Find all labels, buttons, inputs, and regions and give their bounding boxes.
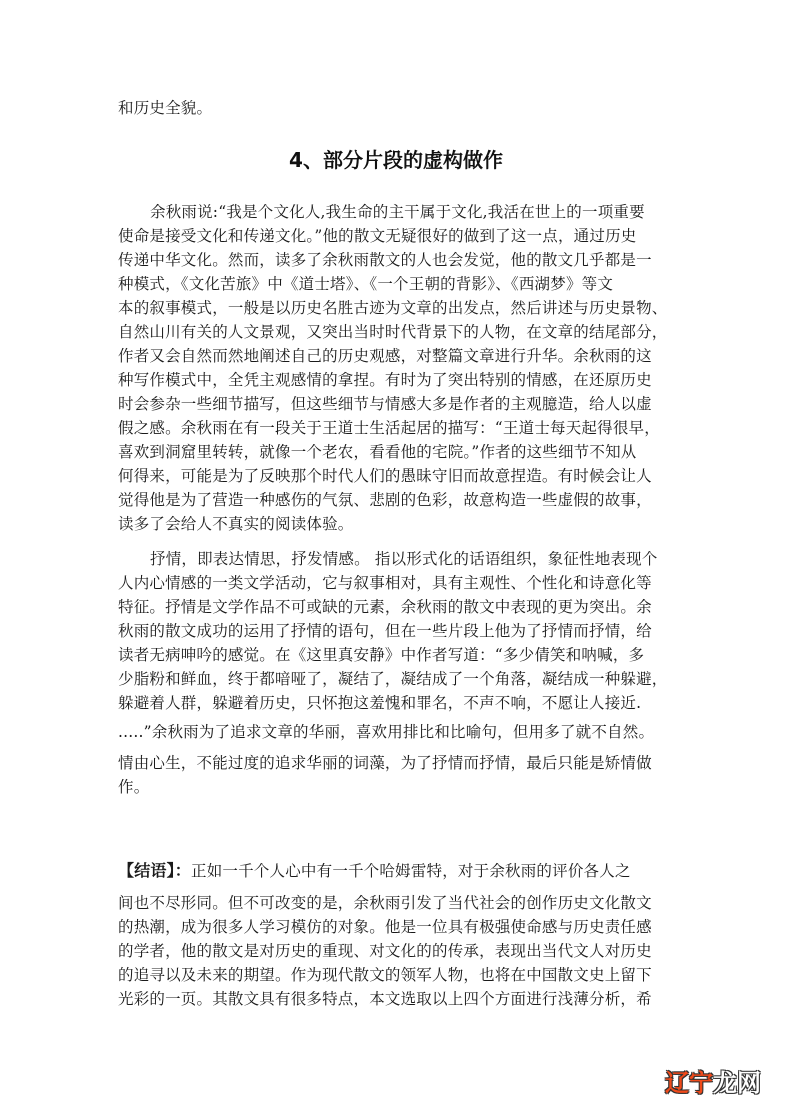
paragraph-line: 的学者，他的散文是对历史的重现、对文化的的传承，表现出当代文人对历史 <box>118 941 652 961</box>
carryover-line: 和历史全貌。 <box>118 98 212 118</box>
paragraph-line: 使命是接受文化和传递文化。”他的散文无疑很好的做到了这一点，通过历史 <box>118 226 636 246</box>
paragraph-line: 的追寻以及未来的期望。作为现代散文的领军人物，也将在中国散文史上留下 <box>118 965 652 985</box>
paragraph-line: 情由心生，不能过度的追求华丽的词藻，为了抒情而抒情，最后只能是矫情做 <box>118 753 652 773</box>
paragraph-line: 何得来，可能是为了反映那个时代人们的愚昧守旧而故意捏造。有时候会让人 <box>118 466 652 486</box>
paragraph-line: 的热潮，成为很多人学习模仿的对象。他是一位具有极强使命感与历史责任感 <box>118 917 652 937</box>
watermark-red-text: 辽宁 <box>665 1069 713 1097</box>
watermark-white-text: 龙网 <box>713 1069 761 1097</box>
paragraph-line: 自然山川有关的人文景观，又突出当时时代背景下的人物，在文章的结尾部分， <box>118 322 668 342</box>
paragraph-line: 人内心情感的一类文学活动，它与叙事相对，具有主观性、个性化和诗意化等 <box>118 573 652 593</box>
paragraph-line: 秋雨的散文成功的运用了抒情的语句，但在一些片段上他为了抒情而抒情，给 <box>118 621 652 641</box>
paragraph-line: 余秋雨说:“我是个文化人,我生命的主干属于文化,我活在世上的一项重要 <box>150 202 645 222</box>
paragraph-line: 少脂粉和鲜血，终于都喑哑了，凝结了，凝结成了一个角落，凝结成一种躲避， <box>118 669 668 689</box>
paragraph-line: 时会参杂一些细节描写，但这些细节与情感大多是作者的主观臆造，给人以虚 <box>118 394 652 414</box>
document-page: 和历史全貌。 4、部分片段的虚构做作 余秋雨说:“我是个文化人,我生命的主干属于… <box>0 0 792 1120</box>
paragraph-line: 抒情，即表达情思，抒发情感。 指以形式化的话语组织，象征性地表现个 <box>150 549 658 569</box>
paragraph-line: 觉得他是为了营造一种感伤的气氛、悲剧的色彩，故意构造一些虚假的故事， <box>118 490 652 510</box>
paragraph-line: 读者无病呻吟的感觉。在《这里真安静》中作者写道：“多少倩笑和呐喊，多 <box>118 645 644 665</box>
paragraph-line: 本的叙事模式，一般是以历史名胜古迹为文章的出发点，然后讲述与历史景物、 <box>118 298 668 318</box>
paragraph-line: 假之感。余秋雨在有一段关于王道士生活起居的描写：“王道士每天起得很早， <box>118 418 660 438</box>
conclusion-first-line: 【结语】：正如一千个人心中有一千个哈姆雷特，对于余秋雨的评价各人之 <box>118 861 631 881</box>
paragraph-line: 躲避着人群，躲避着历史，只怀抱这羞愧和罪名，不声不响，不愿让人接近. <box>118 693 641 713</box>
conclusion-first-text: 正如一千个人心中有一千个哈姆雷特，对于余秋雨的评价各人之 <box>191 862 631 880</box>
paragraph-line: 特征。抒情是文学作品不可或缺的元素，余秋雨的散文中表现的更为突出。余 <box>118 597 652 617</box>
section-heading: 4、部分片段的虚构做作 <box>0 146 792 174</box>
paragraph-line: 作。 <box>118 777 149 797</box>
paragraph-line: 种模式，《文化苦旅》中《道士塔》、《一个王朝的背影》、《西湖梦》等文 <box>118 274 613 294</box>
conclusion-label: 【结语】： <box>118 861 191 880</box>
paragraph-line: 读多了会给人不真实的阅读体验。 <box>118 514 354 534</box>
paragraph-line: 光彩的一页。其散文具有很多特点，本文选取以上四个方面进行浅薄分析，希 <box>118 989 652 1009</box>
paragraph-line: 种写作模式中，全凭主观感情的拿捏。有时为了突出特别的情感，在还原历史 <box>118 370 652 390</box>
paragraph-line: 作者又会自然而然地阐述自己的历史观感，对整篇文章进行升华。余秋雨的这 <box>118 346 652 366</box>
paragraph-line: .....”余秋雨为了追求文章的华丽，喜欢用排比和比喻句，但用多了就不自然。 <box>118 722 654 742</box>
site-watermark-logo: 辽宁龙网 <box>665 1068 761 1098</box>
paragraph-line: 喜欢到洞窟里转转，就像一个老农，看看他的宅院。”作者的这些细节不知从 <box>118 442 636 462</box>
paragraph-line: 传递中华文化。然而，读多了余秋雨散文的人也会发觉，他的散文几乎都是一 <box>118 250 652 270</box>
paragraph-line: 间也不尽形同。但不可改变的是，余秋雨引发了当代社会的创作历史文化散文 <box>118 893 652 913</box>
